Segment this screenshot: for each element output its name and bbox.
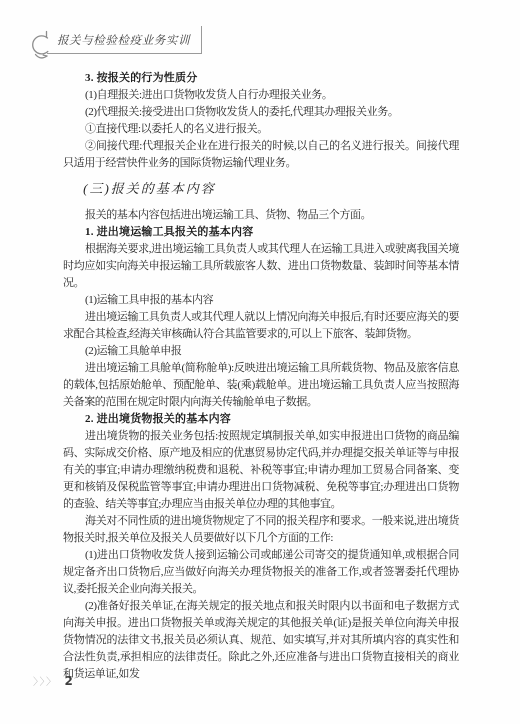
paragraph: (2)运输工具舱单申报: [63, 343, 459, 360]
book-title: 报关与检验检疫业务实训: [47, 26, 202, 54]
page-body: 3. 按报关的行为性质分(1)自理报关:进出口货物收发货人自行办理报关业务。(2…: [63, 70, 459, 683]
page-number: 2: [65, 674, 73, 688]
paragraph: (1)自理报关:进出口货物收发货人自行办理报关业务。: [63, 87, 459, 104]
paragraph: (1)运输工具申报的基本内容: [63, 292, 459, 309]
subheading: 2. 进出境货物报关的基本内容: [63, 411, 459, 428]
section-heading: (三)报关的基本内容: [63, 180, 459, 198]
paragraph: 根据海关要求,进出境运输工具负责人或其代理人在运输工具进入或驶离我国关境时均应如…: [63, 241, 459, 292]
paragraph: 进出境运输工具舱单(简称舱单):反映进出境运输工具所载货物、物品及旅客信息的载体…: [63, 360, 459, 411]
subheading: 3. 按报关的行为性质分: [63, 70, 459, 87]
paragraph: 进出境货物的报关业务包括:按照规定填制报关单,如实申报进出口货物的商品编码、实际…: [63, 428, 459, 513]
paragraph: (2)代理报关:接受进出口货物收发货人的委托,代理其办理报关业务。: [63, 104, 459, 121]
page-header: 报关与检验检疫业务实训: [28, 26, 202, 68]
paragraph: (1)进出口货物收发货人接到运输公司或邮递公司寄交的提货通知单,或根据合同规定备…: [63, 547, 459, 598]
footer-chevrons-icon: 〉〉〉: [33, 673, 58, 688]
page-footer: 〉〉〉 2: [33, 673, 73, 688]
paragraph: 进出境运输工具负责人或其代理人就以上情况向海关申报后,有时还要应海关的要求配合其…: [63, 309, 459, 343]
paragraph: ①直接代理:以委托人的名义进行报关。: [63, 121, 459, 138]
paragraph: ②间接代理:代理报关企业在进行报关的时候,以自己的名义进行报关。间接代理只适用于…: [63, 138, 459, 172]
subheading: 1. 进出境运输工具报关的基本内容: [63, 224, 459, 241]
paragraph: (2)准备好报关单证,在海关规定的报关地点和报关时限内以书面和电子数据方式向海关…: [63, 598, 459, 683]
paragraph: 报关的基本内容包括进出境运输工具、货物、物品三个方面。: [63, 207, 459, 224]
paragraph: 海关对不同性质的进出境货物规定了不同的报关程序和要求。一般来说,进出境货物报关时…: [63, 513, 459, 547]
